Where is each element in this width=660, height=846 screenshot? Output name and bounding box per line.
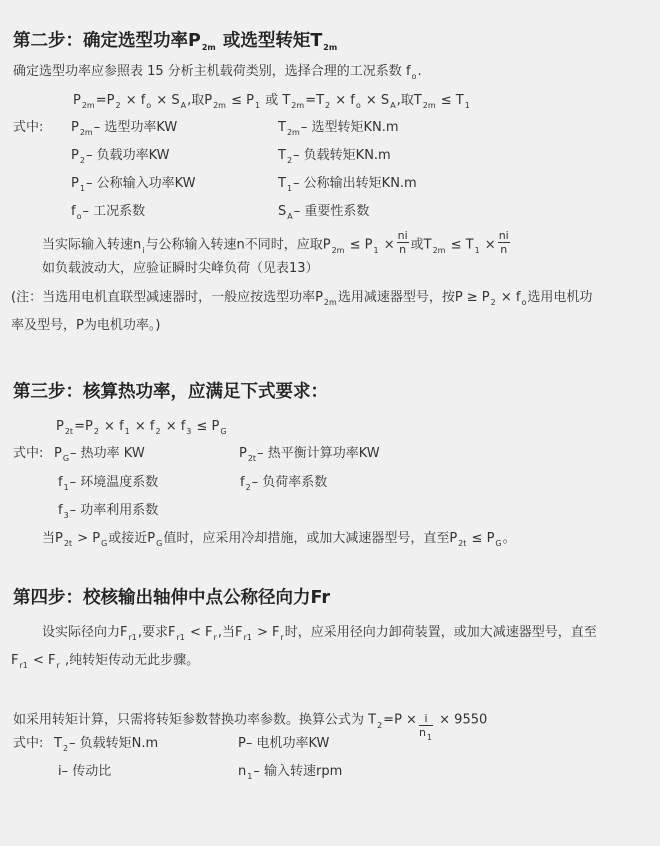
- def-pg: PG– 热功率 KW: [54, 445, 145, 463]
- step4-where-label: 式中:: [13, 735, 43, 753]
- step3-formula: P2t=P2 × f1 × f2 × f3 ≤ PG: [56, 418, 228, 436]
- step3-heading: 第三步：核算热功率，应满足下式要求：: [13, 380, 328, 404]
- step2-where-label: 式中:: [13, 119, 43, 137]
- step2-note-line2: 率及型号，P为电机功率。): [11, 317, 160, 335]
- step2-speed-condition: 当实际输入转速ni与公称输入转速n不同时，应取P2m ≤ P1 ×nin或T2m…: [42, 232, 512, 258]
- def-sa: SA– 重要性系数: [278, 203, 369, 221]
- def-t2-nm: T2– 负载转矩N.m: [54, 735, 158, 753]
- step4-para-line2: Fr1 < Fr ,纯转矩传动无此步骤。: [11, 652, 199, 670]
- def-f3: f3– 功率利用系数: [58, 502, 158, 520]
- def-t2: T2– 负载转矩KN.m: [278, 147, 391, 165]
- step2-heading: 第二步：确定选型功率P2m 或选型转矩T2m: [13, 29, 338, 53]
- def-p2: P2– 负载功率KW: [71, 147, 170, 165]
- def-p2m: P2m– 选型功率KW: [71, 119, 177, 137]
- step3-where-label: 式中:: [13, 445, 43, 463]
- step2-formula: P2m=P2 × fo × SA,取P2m ≤ P1 或 T2m=T2 × fo…: [73, 92, 471, 110]
- step2-note: (注：当选用电机直联型减速器时，一般应按选型功率P2m选用减速器型号，按P ≥ …: [11, 289, 592, 307]
- def-p1: P1– 公称输入功率KW: [71, 175, 196, 193]
- def-t1: T1– 公称输出转矩KN.m: [278, 175, 417, 193]
- def-n1-speed: n1– 输入转速rpm: [238, 763, 342, 781]
- fraction-i-n1: in1: [419, 713, 433, 739]
- step4-heading: 第四步：校核输出轴伸中点公称径向力Fr: [13, 586, 330, 610]
- def-f2: f2– 负荷率系数: [240, 474, 327, 492]
- step3-cooling-condition: 当P2t > PG或接近PG值时，应采用冷却措施，或加大减速器型号，直至P2t …: [42, 530, 516, 548]
- def-p2t: P2t– 热平衡计算功率KW: [239, 445, 380, 463]
- step4-torque-formula: 如采用转矩计算，只需将转矩参数替换功率参数。换算公式为 T2=P ×in1 × …: [13, 707, 487, 733]
- step4-para: 设实际径向力Fr1,要求Fr1 < Fr,当Fr1 > Fr时，应采用径向力卸荷…: [42, 624, 597, 642]
- fraction-ni-n: nin: [397, 230, 409, 256]
- def-p-motor: P– 电机功率KW: [238, 735, 329, 753]
- def-f1: f1– 环境温度系数: [58, 474, 158, 492]
- step2-peak-load: 如负载波动大，应验证瞬时尖峰负荷（见表13）: [42, 260, 319, 278]
- step2-intro: 确定选型功率应参照表 15 分析主机载荷类别，选择合理的工况系数 fo.: [13, 63, 422, 81]
- def-i-ratio: i– 传动比: [58, 763, 111, 781]
- def-t2m: T2m– 选型转矩KN.m: [278, 119, 399, 137]
- fraction-ni-n-2: nin: [498, 230, 510, 256]
- def-fo: fo– 工况系数: [71, 203, 145, 221]
